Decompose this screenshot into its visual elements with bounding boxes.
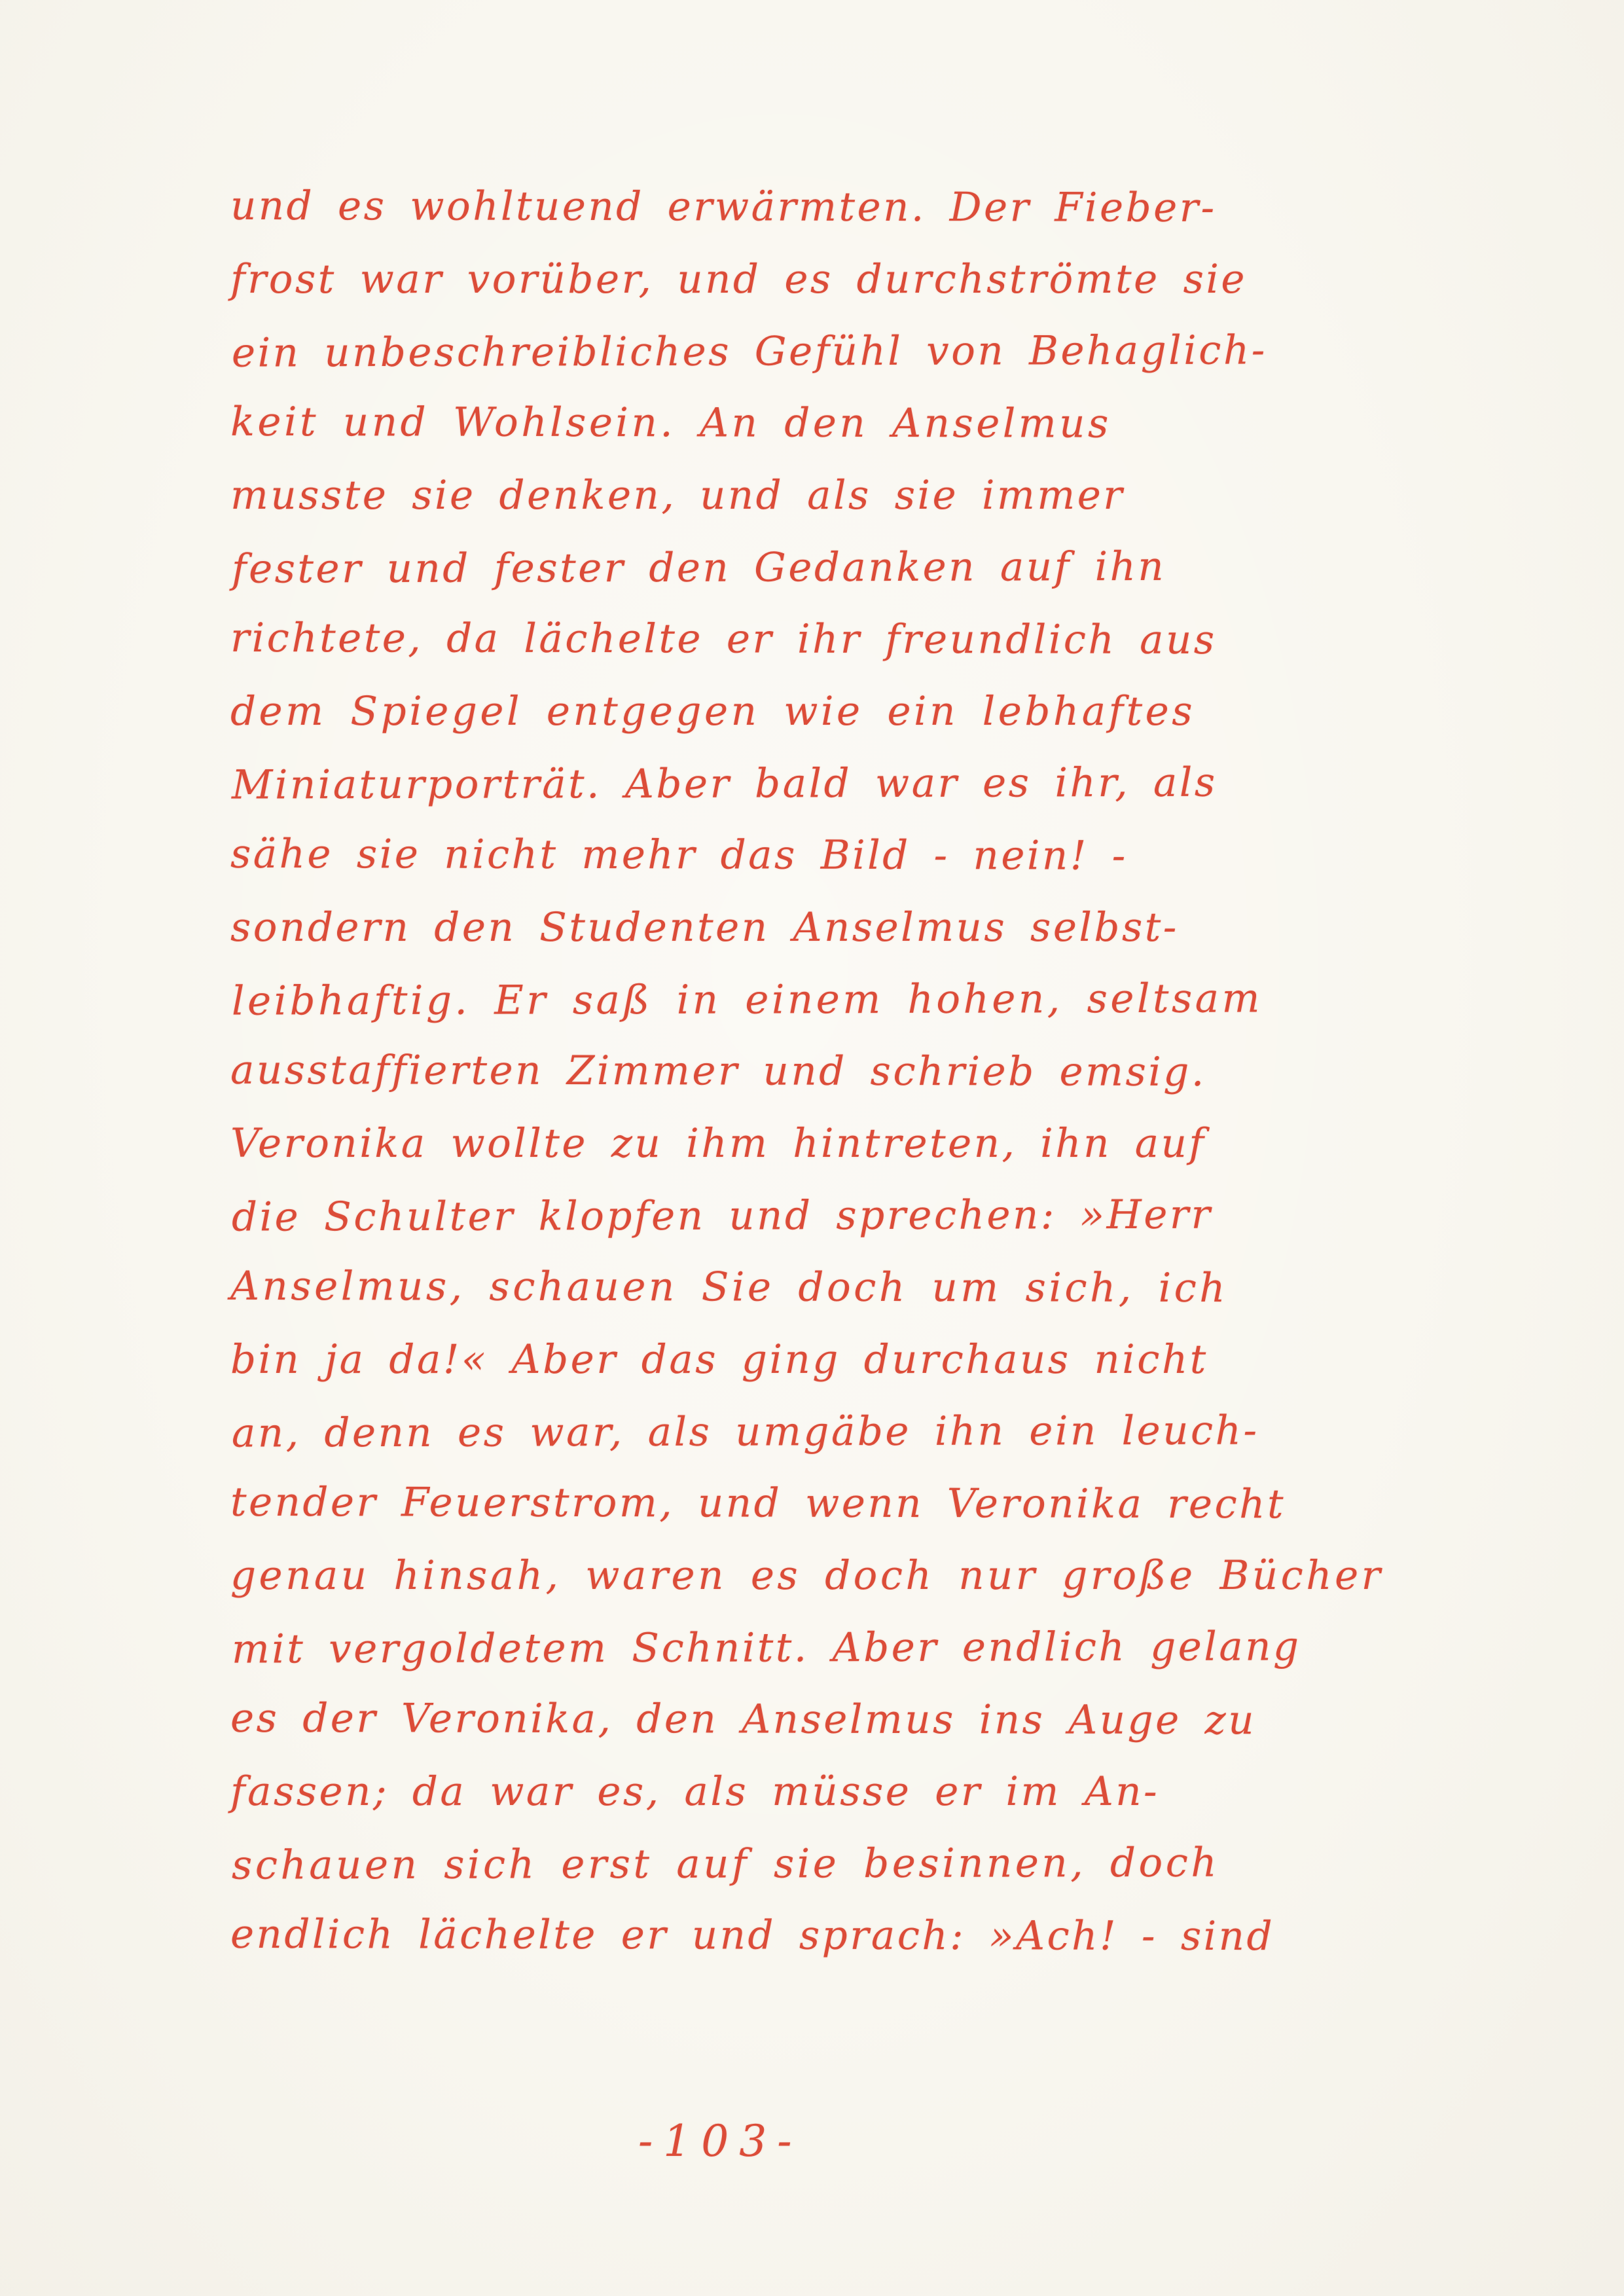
handwritten-line: dem Spiegel entgegen wie ein lebhaftes [230, 676, 1553, 748]
handwritten-line: Veronika wollte zu ihm hintreten, ihn au… [230, 1108, 1553, 1180]
handwritten-line: musste sie denken, und als sie immer [230, 460, 1553, 532]
handwritten-line: fassen; da war es, als müsse er im An- [230, 1756, 1553, 1828]
handwritten-line: ausstaffierten Zimmer und schrieb emsig. [230, 1034, 1553, 1109]
handwritten-line: die Schulter klopfen und sprechen: »Herr [232, 1178, 1554, 1253]
handwritten-line: und es wohltuend erwärmten. Der Fieber- [230, 170, 1553, 245]
handwritten-line: sähe sie nicht mehr das Bild - nein! - [230, 818, 1553, 893]
handwritten-line: ein unbeschreibliches Gefühl von Behagli… [232, 314, 1554, 389]
handwritten-line: bin ja da!« Aber das ging durchaus nicht [230, 1324, 1553, 1396]
manuscript-page: und es wohltuend erwärmten. Der Fieber- … [0, 0, 1624, 2296]
handwritten-line: tender Feuerstrom, und wenn Veronika rec… [230, 1467, 1553, 1541]
handwritten-line: es der Veronika, den Anselmus ins Auge z… [230, 1683, 1553, 1757]
page-number: -103- [638, 2116, 803, 2166]
handwritten-text-block: und es wohltuend erwärmten. Der Fieber- … [230, 172, 1553, 1972]
handwritten-line: genau hinsah, waren es doch nur große Bü… [230, 1540, 1553, 1612]
handwritten-line: sondern den Studenten Anselmus selbst- [230, 892, 1553, 964]
handwritten-line: richtete, da lächelte er ihr freundlich … [230, 602, 1553, 677]
handwritten-line: Anselmus, schauen Sie doch um sich, ich [230, 1250, 1553, 1325]
handwritten-line: an, denn es war, als umgäbe ihn ein leuc… [232, 1394, 1554, 1469]
handwritten-line: keit und Wohlsein. An den Anselmus [230, 386, 1553, 461]
handwritten-line: fester und fester den Gedanken auf ihn [232, 530, 1554, 605]
handwritten-line: frost war vorüber, und es durchströmte s… [230, 244, 1553, 316]
handwritten-line: endlich lächelte er und sprach: »Ach! - … [230, 1899, 1553, 1973]
handwritten-line: schauen sich erst auf sie besinnen, doch [232, 1826, 1554, 1901]
handwritten-line: mit vergoldetem Schnitt. Aber endlich ge… [232, 1610, 1554, 1685]
handwritten-line: Miniaturporträt. Aber bald war es ihr, a… [232, 746, 1554, 821]
handwritten-line: leibhaftig. Er saß in einem hohen, selts… [232, 962, 1554, 1037]
